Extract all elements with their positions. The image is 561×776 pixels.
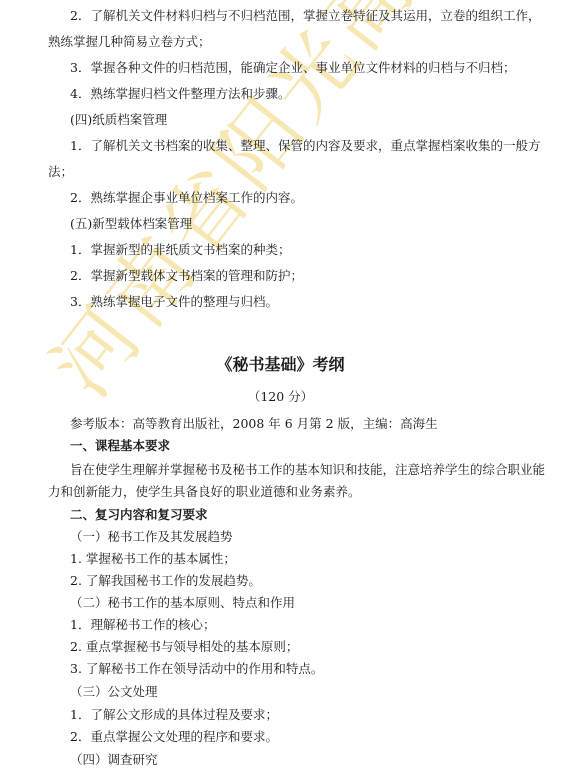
part-one-heading: 一、课程基本要求 <box>70 438 170 454</box>
list-item: 2．了解机关文件材料归档与不归档范围，掌握立卷特征及其运用，立卷的组织工作， <box>70 8 540 24</box>
list-item-continuation: 法； <box>48 164 73 180</box>
list-item: 3. 了解秘书工作在领导活动中的作用和特点。 <box>70 661 323 677</box>
list-item: 1. 掌握秘书工作的基本属性； <box>70 551 236 567</box>
list-item: 2. 了解我国秘书工作的发展趋势。 <box>70 573 261 589</box>
document-page: 河南省阳光高考 2．了解机关文件材料归档与不归档范围，掌握立卷特征及其运用，立卷… <box>0 0 561 776</box>
list-item: 2．熟练掌握企事业单位档案工作的内容。 <box>70 190 303 206</box>
list-item: 1．理解秘书工作的核心； <box>70 617 215 633</box>
list-item: 1．了解机关文书档案的收集、整理、保管的内容及要求，重点掌握档案收集的一般方 <box>70 138 540 154</box>
list-item: 2．重点掌握公文处理的程序和要求。 <box>70 729 278 745</box>
paragraph-continuation: 力和创新能力，使学生具备良好的职业道德和业务素养。 <box>48 484 361 500</box>
list-item: 2. 重点掌握秘书与领导相处的基本原则； <box>70 639 298 655</box>
score-label: （120 分） <box>0 389 561 405</box>
subsection-heading: （四）调查研究 <box>70 752 158 768</box>
list-item: 3．熟练掌握电子文件的整理与归档。 <box>70 294 278 310</box>
list-item: 1．了解公文形成的具体过程及要求； <box>70 707 278 723</box>
section-heading: (四)纸质档案管理 <box>70 112 167 128</box>
list-item: 3．掌握各种文件的归档范围，能确定企业、事业单位文件材料的归档与不归档； <box>70 60 515 76</box>
paragraph: 旨在使学生理解并掌握秘书及秘书工作的基本知识和技能，注意培养学生的综合职业能 <box>70 462 545 478</box>
list-item: 1．掌握新型的非纸质文书档案的种类； <box>70 242 290 258</box>
subsection-heading: （三）公文处理 <box>70 684 158 700</box>
subsection-heading: （二）秘书工作的基本原则、特点和作用 <box>70 595 295 611</box>
part-two-heading: 二、复习内容和复习要求 <box>70 507 208 523</box>
reference-edition: 参考版本：高等教育出版社，2008 年 6 月第 2 版，主编：高海生 <box>70 416 438 432</box>
list-item-continuation: 熟练掌握几种简易立卷方式； <box>48 34 211 50</box>
page-title: 《秘书基础》考纲 <box>0 355 561 375</box>
list-item: 2．掌握新型载体文书档案的管理和防护； <box>70 268 303 284</box>
subsection-heading: （一）秘书工作及其发展趋势 <box>70 529 233 545</box>
section-heading: (五)新型载体档案管理 <box>70 216 192 232</box>
list-item: 4．熟练掌握归档文件整理方法和步骤。 <box>70 86 290 102</box>
